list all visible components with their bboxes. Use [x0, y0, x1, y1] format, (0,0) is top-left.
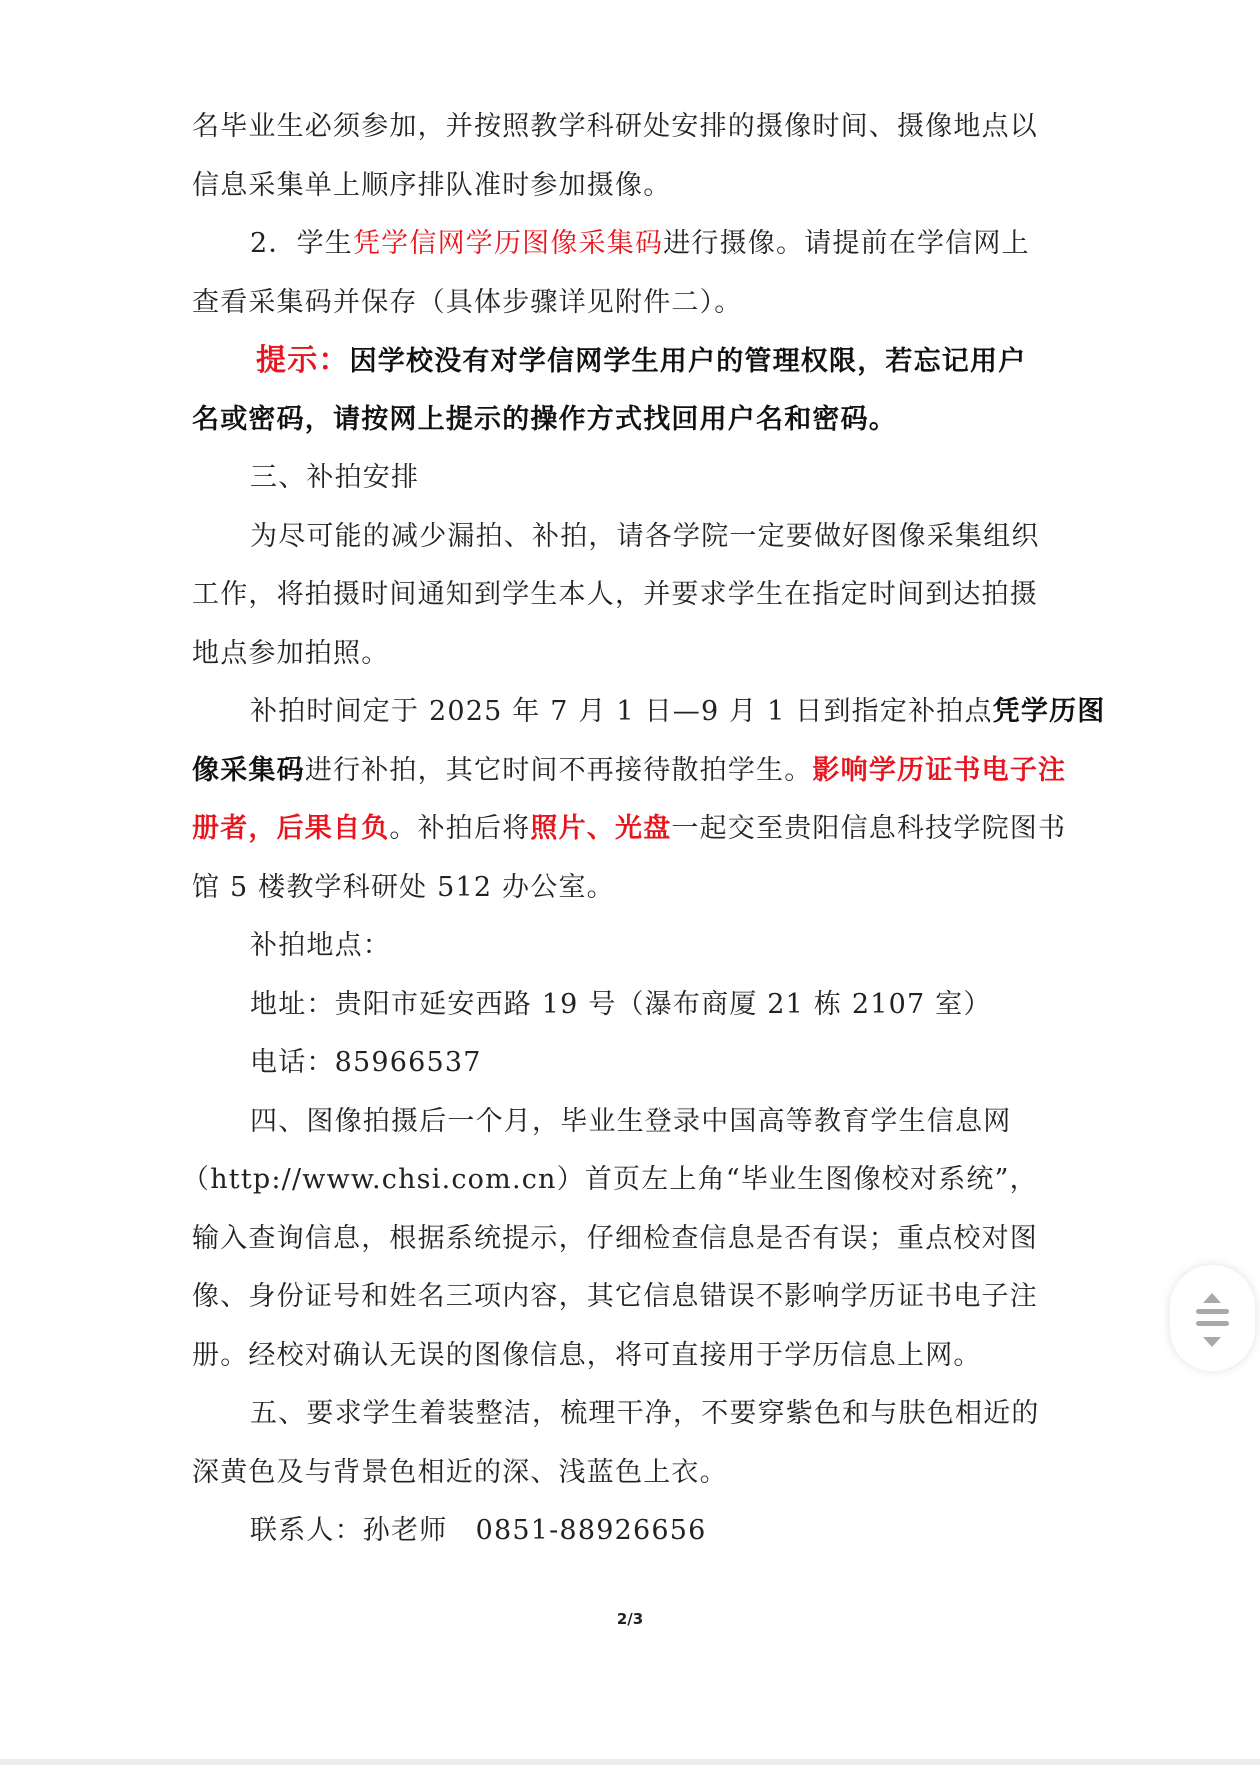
text-span: 补拍时间定于 2025 年 7 月 1 日—9 月 1 日到指定补拍点: [250, 696, 993, 727]
text-span: 五、要求学生着装整洁，梳理干净，不要穿紫色和与肤色相近的: [250, 1398, 1040, 1429]
text-span: 查看采集码并保存（具体步骤详见附件二）。: [192, 287, 743, 318]
tip-text: 因学校没有对学信网学生用户的管理权限，若忘记用户: [350, 346, 1027, 377]
highlight-red: 凭学信网学历图像采集码: [353, 228, 663, 259]
text-span: 像、身份证号和姓名三项内容，其它信息错误不影响学历证书电子注: [192, 1281, 1038, 1312]
text-span: 为尽可能的减少漏拍、补拍，请各学院一定要做好图像采集组织: [250, 521, 1040, 552]
highlight-bold: 凭学历图: [993, 696, 1106, 727]
text-line: 册。经校对确认无误的图像信息，将可直接用于学历信息上网。: [192, 1327, 1072, 1386]
text-line: 为尽可能的减少漏拍、补拍，请各学院一定要做好图像采集组织: [192, 508, 1072, 567]
address-line: 地址：贵阳市延安西路 19 号（瀑布商厦 21 栋 2107 室）: [192, 976, 1072, 1035]
text-span: 三、补拍安排: [250, 462, 419, 493]
highlight-red: 册者，后果自负: [192, 813, 389, 844]
text-line: 工作，将拍摄时间通知到学生本人，并要求学生在指定时间到达拍摄: [192, 566, 1072, 625]
text-line: 输入查询信息，根据系统提示，仔细检查信息是否有误；重点校对图: [192, 1210, 1072, 1269]
text-line: 2．学生凭学信网学历图像采集码进行摄像。请提前在学信网上: [192, 215, 1072, 274]
scroll-handle-button[interactable]: [1170, 1265, 1255, 1371]
document-page: 名毕业生必须参加，并按照教学科研处安排的摄像时间、摄像地点以 信息采集单上顺序排…: [0, 0, 1260, 1755]
contact-line: 联系人：孙老师 0851-88926656: [192, 1502, 1072, 1561]
text-span: 册。经校对确认无误的图像信息，将可直接用于学历信息上网。: [192, 1340, 982, 1371]
tip-label: 提示：: [256, 343, 350, 378]
text-span: 信息采集单上顺序排队准时参加摄像。: [192, 170, 671, 201]
text-span: 联系人：孙老师 0851-88926656: [250, 1515, 706, 1546]
text-line: 查看采集码并保存（具体步骤详见附件二）。: [192, 274, 1072, 333]
bottom-bar: [0, 1759, 1260, 1765]
text-line: 补拍时间定于 2025 年 7 月 1 日—9 月 1 日到指定补拍点凭学历图: [192, 683, 1072, 742]
grip-line-icon: [1196, 1321, 1229, 1326]
text-span: 电话：85966537: [250, 1047, 482, 1078]
tip-line: 提示：因学校没有对学信网学生用户的管理权限，若忘记用户: [192, 332, 1072, 391]
text-span: 深黄色及与背景色相近的深、浅蓝色上衣。: [192, 1457, 728, 1488]
text-span: 馆 5 楼教学科研处 512 办公室。: [192, 872, 615, 903]
text-span: 一起交至贵阳信息科技学院图书: [671, 813, 1066, 844]
document-body: 名毕业生必须参加，并按照教学科研处安排的摄像时间、摄像地点以 信息采集单上顺序排…: [192, 98, 1072, 1561]
text-span: 地址：贵阳市延安西路 19 号（瀑布商厦 21 栋 2107 室）: [250, 989, 992, 1020]
text-span: 输入查询信息，根据系统提示，仔细检查信息是否有误；重点校对图: [192, 1223, 1038, 1254]
text-line: 地点参加拍照。: [192, 625, 1072, 684]
text-span: 工作，将拍摄时间通知到学生本人，并要求学生在指定时间到达拍摄: [192, 579, 1038, 610]
text-line: （http://www.chsi.com.cn）首页左上角“毕业生图像校对系统”…: [182, 1151, 1072, 1210]
text-span: 四、图像拍摄后一个月，毕业生登录中国高等教育学生信息网: [250, 1106, 1011, 1137]
highlight-red: 影响学历证书电子注: [812, 755, 1066, 786]
text-line: 补拍地点：: [192, 917, 1072, 976]
text-span: 。补拍后将: [389, 813, 530, 844]
text-span: 进行摄像。请提前在学信网上: [663, 228, 1030, 259]
text-line: 册者，后果自负。补拍后将照片、光盘一起交至贵阳信息科技学院图书: [192, 800, 1072, 859]
highlight-red: 照片、光盘: [530, 813, 671, 844]
text-line: 深黄色及与背景色相近的深、浅蓝色上衣。: [192, 1444, 1072, 1503]
text-line: 像、身份证号和姓名三项内容，其它信息错误不影响学历证书电子注: [192, 1268, 1072, 1327]
page-indicator: 2/3: [0, 1610, 1260, 1628]
text-line: 名或密码，请按网上提示的操作方式找回用户名和密码。: [192, 391, 1072, 450]
text-span: 地点参加拍照。: [192, 638, 389, 669]
text-line: 名毕业生必须参加，并按照教学科研处安排的摄像时间、摄像地点以: [192, 98, 1072, 157]
arrow-down-icon: [1203, 1337, 1221, 1347]
text-line: 馆 5 楼教学科研处 512 办公室。: [192, 859, 1072, 918]
text-span: 补拍地点：: [250, 930, 391, 961]
arrow-up-icon: [1203, 1293, 1221, 1303]
tip-text: 名或密码，请按网上提示的操作方式找回用户名和密码。: [192, 404, 897, 435]
grip-line-icon: [1196, 1309, 1229, 1314]
text-line: 信息采集单上顺序排队准时参加摄像。: [192, 157, 1072, 216]
section-heading: 四、图像拍摄后一个月，毕业生登录中国高等教育学生信息网: [192, 1093, 1072, 1152]
text-span: 进行补拍，其它时间不再接待散拍学生。: [305, 755, 813, 786]
section-heading: 五、要求学生着装整洁，梳理干净，不要穿紫色和与肤色相近的: [192, 1385, 1072, 1444]
highlight-bold: 像采集码: [192, 755, 305, 786]
text-line: 像采集码进行补拍，其它时间不再接待散拍学生。影响学历证书电子注: [192, 742, 1072, 801]
phone-line: 电话：85966537: [192, 1034, 1072, 1093]
url-text: （http://www.chsi.com.cn）首页左上角“毕业生图像校对系统”…: [182, 1164, 1038, 1195]
text-span: 2．学生: [250, 228, 353, 259]
section-heading: 三、补拍安排: [192, 449, 1072, 508]
text-span: 名毕业生必须参加，并按照教学科研处安排的摄像时间、摄像地点以: [192, 111, 1038, 142]
